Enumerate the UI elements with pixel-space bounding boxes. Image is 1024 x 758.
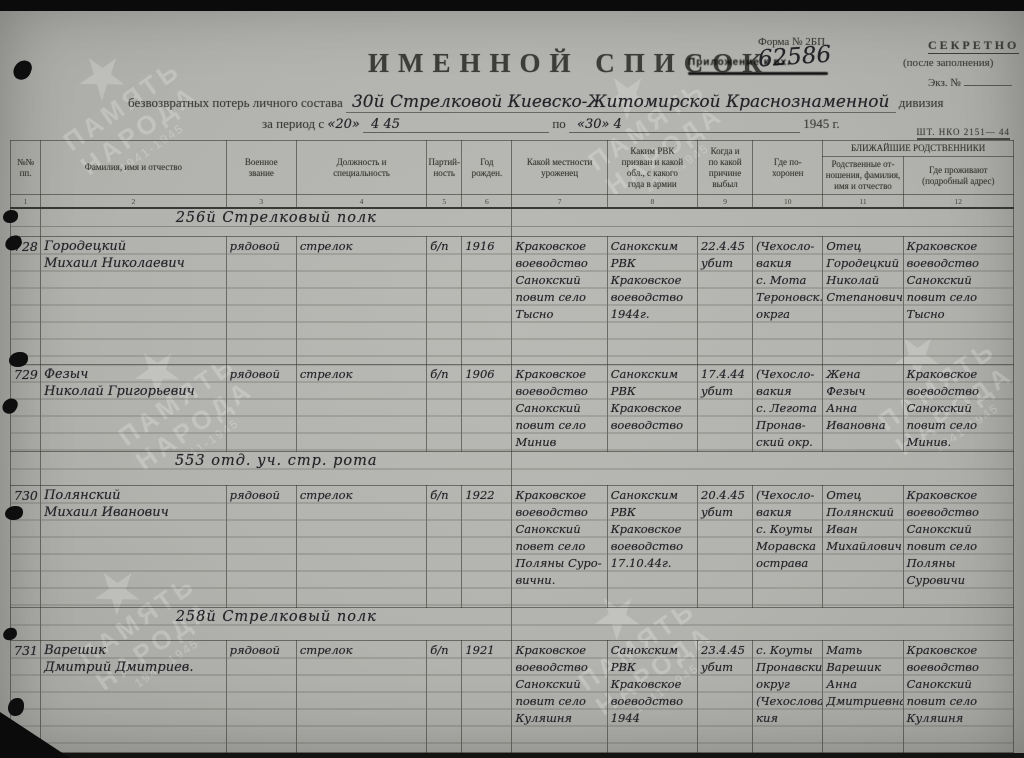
col-header-relative-name: Родственные от- ношения, фамилия, имя и …	[823, 157, 903, 195]
soldier-name: Городецкий Михаил Николаевич	[41, 236, 227, 364]
birth-year: 1922	[462, 485, 512, 607]
column-number-12: 12	[903, 195, 1013, 209]
relative-address: Краковское воеводство Санокский повит се…	[903, 364, 1013, 451]
unit-section-row: 256й Стрелковый полк	[11, 208, 1014, 236]
casualty-record-row: 729Фезыч Николай Григорьевичрядовойстрел…	[11, 364, 1014, 451]
drafted-by-rvk: Санокским РВК Краковское воеводство 17.1…	[607, 485, 697, 607]
period-label: за период с	[262, 116, 324, 131]
burial-place: (Чехосло- вакия с. Мота Тероновск. окрга	[753, 236, 823, 364]
loss-date-reason: 22.4.45 убит	[698, 236, 753, 364]
birth-year: 1921	[462, 640, 512, 752]
column-number-3: 3	[226, 195, 296, 209]
record-number: 730	[11, 485, 41, 607]
copy-number-label: Экз. №	[928, 77, 961, 89]
relative-address: Краковское воеводство Санокский повит се…	[903, 485, 1013, 607]
empty-cell	[11, 451, 41, 485]
division-name-handwritten: 30й Стрелковой Киевско-Житомирской Красн…	[346, 92, 896, 113]
copy-number: Экз. №	[928, 75, 1012, 89]
column-number-5: 5	[427, 195, 462, 209]
party-status: б/п	[427, 485, 462, 607]
column-number-1: 1	[11, 195, 41, 209]
column-number-4: 4	[296, 195, 426, 209]
birth-year: 1906	[462, 364, 512, 451]
birthplace: Краковское воеводство Санокский повет се…	[512, 485, 607, 607]
birthplace: Краковское воеводство Санокский повит се…	[512, 364, 607, 451]
copy-number-blank	[964, 75, 1012, 86]
period-line: за период с «20» 4 45 по «30» 4 1945 г.	[262, 116, 840, 133]
party-status: б/п	[427, 236, 462, 364]
record-number: 728	[11, 236, 41, 364]
table-header: №№ пп. Фамилия, имя и отчество Военное з…	[11, 141, 1014, 209]
military-rank: рядовой	[226, 640, 296, 752]
position-specialty: стрелок	[296, 485, 426, 607]
soldier-name: Фезыч Николай Григорьевич	[41, 364, 227, 451]
position-specialty: стрелок	[296, 364, 426, 451]
empty-cell	[512, 451, 1014, 485]
column-number-row: 123456789101112	[11, 195, 1014, 209]
col-header-name: Фамилия, имя и отчество	[41, 141, 227, 195]
casualty-record-row: 731Варешик Дмитрий Дмитриев.рядовойстрел…	[11, 640, 1014, 752]
punch-hole-mark	[11, 58, 34, 83]
relative-name: Мать Варешик Анна Дмитриевна	[823, 640, 903, 752]
relative-address: Краковское воеводство Санокский повит се…	[903, 640, 1013, 752]
soldier-name: Полянский Михаил Иванович	[41, 485, 227, 607]
subtitle-line: безвозвратных потерь личного состава 30й…	[128, 92, 944, 112]
col-header-position: Должность и специальность	[296, 141, 426, 195]
burial-place: (Чехосло- вакия с. Коуты Моравска острав…	[753, 485, 823, 607]
burial-place: с. Коуты Пронавский округ (Чехослова- ки…	[753, 640, 823, 752]
period-to: «30» 4	[569, 117, 800, 133]
position-specialty: стрелок	[296, 640, 426, 752]
secret-note: (после заполнения)	[903, 57, 993, 69]
period-to-label: по	[552, 116, 565, 131]
military-rank: рядовой	[226, 485, 296, 607]
col-header-number: №№ пп.	[11, 141, 41, 195]
scan-edge-top	[0, 0, 1024, 11]
relative-name: Жена Фезыч Анна Ивановна	[823, 364, 903, 451]
drafted-by-rvk: Санокским РВК Краковское воеводство 1944…	[607, 236, 697, 364]
soldier-name: Варешик Дмитрий Дмитриев.	[41, 640, 227, 752]
loss-date-reason: 20.4.45 убит	[698, 485, 753, 607]
column-number-9: 9	[698, 195, 753, 209]
birthplace: Краковское воеводство Санокский повит се…	[512, 640, 607, 752]
column-number-6: 6	[462, 195, 512, 209]
period-year: 1945 г.	[803, 116, 839, 131]
birthplace: Краковское воеводство Санокский повит се…	[512, 236, 607, 364]
column-number-10: 10	[753, 195, 823, 209]
secret-label: СЕКРЕТНО	[928, 38, 1019, 54]
col-header-relatives-group: БЛИЖАЙШИЕ РОДСТВЕННИКИ	[823, 141, 1014, 157]
loss-date-reason: 17.4.44 убит	[698, 364, 753, 451]
unit-section-title: 553 отд. уч. стр. рота	[41, 451, 512, 485]
scanned-document-page: ★ ПАМЯТЬ НАРОДА 1941-1945 ★ ПАМЯТЬ НАРОД…	[0, 0, 1024, 758]
scan-edge-bottom	[0, 753, 1024, 758]
scan-edge-top-right	[998, 0, 1024, 11]
stamp-underline	[688, 72, 828, 75]
relative-name: Отец Городецкий Николай Степанович	[823, 236, 903, 364]
drafted-by-rvk: Санокским РВК Краковское воеводство 1944	[607, 640, 697, 752]
column-number-2: 2	[41, 195, 227, 209]
loss-date-reason: 23.4.45 убит	[698, 640, 753, 752]
col-header-party: Партий- ность	[427, 141, 462, 195]
position-specialty: стрелок	[296, 236, 426, 364]
col-header-birth-year: Год рожден.	[462, 141, 512, 195]
star-watermark-icon: ★	[35, 21, 170, 132]
casualty-record-row: 728Городецкий Михаил Николаевичрядовойст…	[11, 236, 1014, 364]
unit-section-title: 258й Стрелковый полк	[41, 607, 512, 640]
attachment-stamp: Приложение к вх.	[688, 57, 791, 68]
subtitle-suffix: дивизия	[899, 95, 944, 110]
drafted-by-rvk: Санокским РВК Краковское воеводство	[607, 364, 697, 451]
col-header-birthplace: Какой местности уроженец	[512, 141, 607, 195]
period-from: 4 45	[363, 117, 549, 133]
table-body: 256й Стрелковый полк728Городецкий Михаил…	[11, 208, 1014, 752]
birth-year: 1916	[462, 236, 512, 364]
military-rank: рядовой	[226, 364, 296, 451]
unit-section-row: 553 отд. уч. стр. рота	[11, 451, 1014, 485]
col-header-rank: Военное звание	[226, 141, 296, 195]
period-from-day: «20»	[327, 117, 359, 132]
unit-section-row: 258й Стрелковый полк	[11, 607, 1014, 640]
military-rank: рядовой	[226, 236, 296, 364]
relative-name: Отец Полянский Иван Михайлович	[823, 485, 903, 607]
subtitle-printed: безвозвратных потерь личного состава	[128, 95, 343, 110]
col-header-drafted-by: Каким РВК призван и какой обл., с какого…	[607, 141, 697, 195]
casualty-record-row: 730Полянский Михаил Ивановичрядовойстрел…	[11, 485, 1014, 607]
unit-section-title: 256й Стрелковый полк	[41, 208, 512, 236]
empty-cell	[512, 607, 1014, 640]
column-number-8: 8	[607, 195, 697, 209]
print-code: ШТ. НКО 2151— 44	[917, 127, 1010, 140]
relative-address: Краковское воеводство Санокский повит се…	[903, 236, 1013, 364]
col-header-loss-date: Когда и по какой причине выбыл	[698, 141, 753, 195]
col-header-relative-address: Где проживают (подробный адрес)	[903, 157, 1013, 195]
column-number-7: 7	[512, 195, 607, 209]
party-status: б/п	[427, 364, 462, 451]
empty-cell	[512, 208, 1014, 236]
col-header-burial-place: Где по- хоронен	[753, 141, 823, 195]
casualty-roster-table: №№ пп. Фамилия, имя и отчество Военное з…	[10, 140, 1014, 753]
burial-place: (Чехосло- вакия с. Легота Пронав- ский о…	[753, 364, 823, 451]
column-number-11: 11	[823, 195, 903, 209]
party-status: б/п	[427, 640, 462, 752]
